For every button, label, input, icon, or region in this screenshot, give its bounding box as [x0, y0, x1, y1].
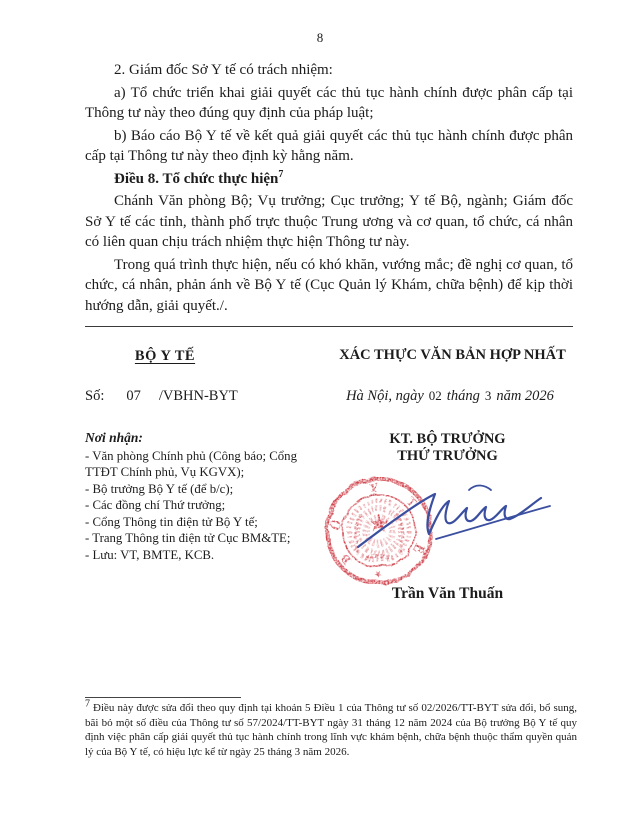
official-seal-icon: B Ộ Y T Ế ★ — [326, 478, 430, 582]
seal-letter: T — [402, 492, 419, 509]
seal-bottom-star: ★ — [374, 569, 382, 579]
authentication-title: XÁC THỰC VĂN BẢN HỢP NHẤT — [330, 347, 575, 364]
signer-name: Trần Văn Thuấn — [345, 585, 550, 603]
date-month: 3 — [485, 388, 492, 404]
issuer-name: BỘ Y TẾ — [135, 348, 195, 364]
document-number: Số:07/VBHN-BYT — [85, 388, 325, 405]
recipients-label: Nơi nhận: — [85, 430, 315, 447]
footnote-text: 7 Điều này được sửa đổi theo quy định tạ… — [85, 701, 577, 759]
recipient-item: - Cổng Thông tin điện tử Bộ Y tế; — [85, 514, 315, 531]
signature-title-line1: KT. BỘ TRƯỞNG — [345, 431, 550, 448]
paragraph-implementation: Chánh Văn phòng Bộ; Vụ trưởng; Cục trưởn… — [85, 191, 573, 253]
date-year: năm 2026 — [496, 388, 554, 404]
date-month-word: tháng — [447, 388, 480, 404]
date-day: 02 — [429, 388, 442, 404]
document-number-label: Số: — [85, 388, 104, 404]
paragraph-responsibility: 2. Giám đốc Sở Y tế có trách nhiệm: — [85, 60, 573, 81]
document-body: 2. Giám đốc Sở Y tế có trách nhiệm: a) T… — [85, 60, 573, 318]
recipients-list: Nơi nhận: - Văn phòng Chính phủ (Công bá… — [85, 430, 315, 563]
page-number: 8 — [0, 30, 640, 46]
section-divider — [85, 326, 573, 327]
article-heading: Điều 8. Tổ chức thực hiện7 — [85, 169, 573, 190]
recipient-item: - Các đồng chí Thứ trưởng; — [85, 497, 315, 514]
seal-letter: Y — [367, 478, 379, 494]
place-date-prefix: Hà Nội, ngày — [346, 388, 424, 404]
issuer-block: BỘ Y TẾ — [85, 347, 245, 365]
footnote-divider — [85, 697, 241, 698]
recipient-item: - Bộ trưởng Bộ Y tế (để b/c); — [85, 481, 315, 498]
footnote-body: Điều này được sửa đổi theo quy định tại … — [85, 702, 577, 758]
paragraph-feedback: Trong quá trình thực hiện, nếu có khó kh… — [85, 255, 573, 317]
paragraph-point-b: b) Báo cáo Bộ Y tế về kết quả giải quyết… — [85, 126, 573, 167]
place-and-date: Hà Nội, ngày02tháng3năm 2026 — [325, 388, 575, 405]
footnote-section: 7 Điều này được sửa đổi theo quy định tạ… — [85, 697, 577, 759]
paragraph-point-a: a) Tổ chức triển khai giải quyết các thủ… — [85, 83, 573, 124]
recipient-item: - Văn phòng Chính phủ (Công báo; Cổng TT… — [85, 448, 315, 481]
recipient-item: - Trang Thông tin điện tử Cục BM&TE; — [85, 530, 315, 547]
document-page: 8 2. Giám đốc Sở Y tế có trách nhiệm: a)… — [0, 0, 640, 828]
document-number-value: 07 — [126, 388, 141, 404]
document-number-suffix: /VBHN-BYT — [159, 388, 238, 404]
footnote-reference: 7 — [278, 169, 283, 180]
article-heading-text: Điều 8. Tổ chức thực hiện — [114, 171, 278, 187]
recipient-item: - Lưu: VT, BMTE, KCB. — [85, 547, 315, 564]
seal-letter: Ộ — [326, 518, 342, 530]
